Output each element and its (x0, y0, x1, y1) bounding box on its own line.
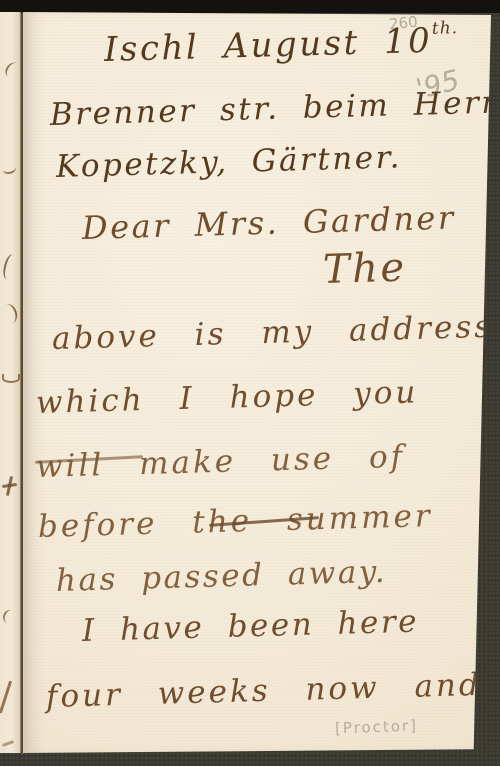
adjacent-page-ink-fragment (0, 302, 20, 326)
handwriting-line-body-2: which I hope you (36, 377, 419, 419)
letter-scan: 260 Ischl August 10th. '95 Brenner str. … (0, 0, 500, 766)
handwriting-line-salutation: Dear Mrs. Gardner (82, 202, 456, 244)
letter-dateline: Ischl August 10th. (103, 20, 458, 67)
pencil-attribution: [Proctor] (335, 717, 419, 738)
handwriting-line-address-1: Brenner str. beim Herrn (50, 87, 500, 131)
handwriting-line-body-6: I have been here (82, 607, 420, 647)
handwriting-line-address-2: Kopetzky, Gärtner. (56, 142, 403, 183)
adjacent-page-ink-fragment (1, 253, 19, 281)
handwriting-line-body-7: four weeks now and (46, 670, 483, 713)
adjacent-page-ink-fragment (2, 374, 20, 383)
handwriting-line-body-1: above is my address (52, 312, 494, 355)
handwriting-line-body-5: has passed away. (56, 557, 388, 597)
adjacent-page-edge (0, 12, 21, 753)
letter-page: 260 Ischl August 10th. '95 Brenner str. … (23, 12, 491, 753)
dateline-superscript: th. (432, 18, 459, 39)
handwriting-line-body-3: will make use of (36, 442, 406, 483)
dateline-text: Ischl August 10 (103, 21, 432, 70)
handwriting-line-the: The (322, 248, 407, 290)
adjacent-page-ink-fragment (1, 161, 17, 176)
scan-backdrop-top-edge (0, 0, 500, 13)
adjacent-page-ink-fragment (0, 680, 12, 713)
adjacent-page-ink-fragment (2, 740, 14, 747)
adjacent-page-ink-fragment (1, 608, 19, 626)
